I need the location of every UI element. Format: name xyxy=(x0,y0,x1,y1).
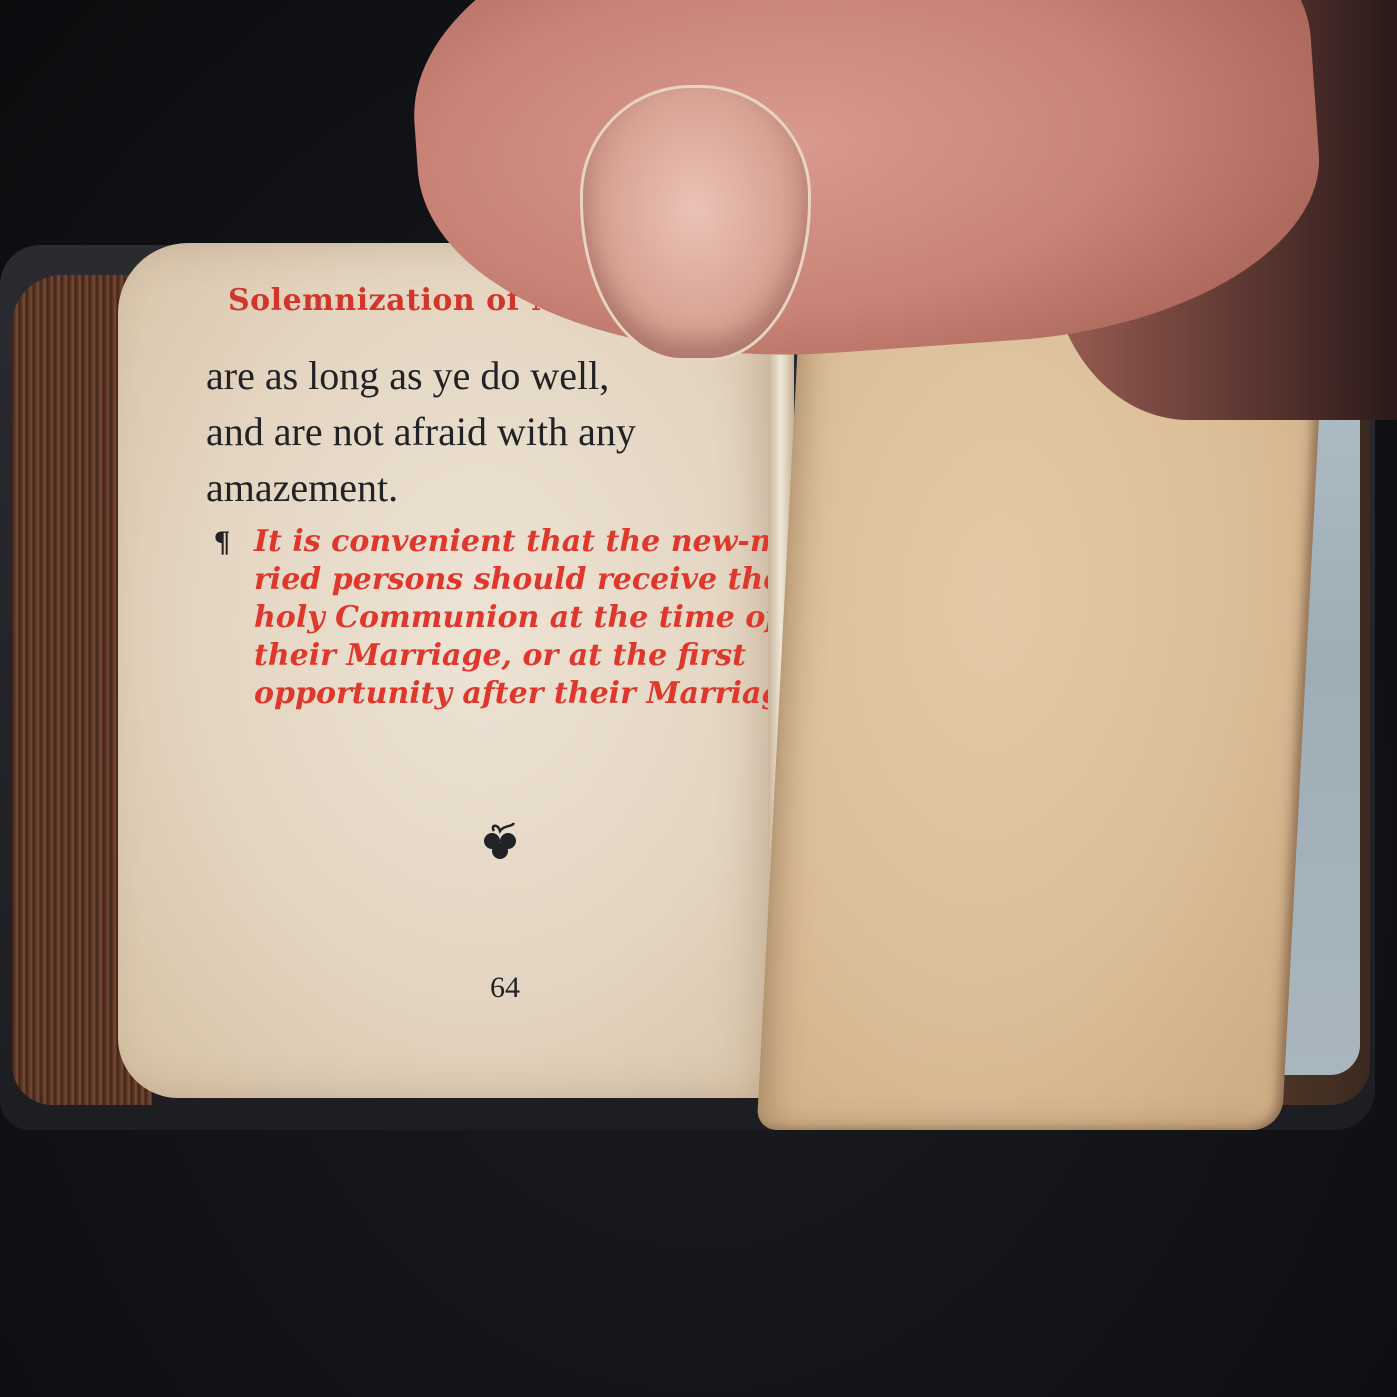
rubric-line: opportunity after their Marriage. xyxy=(216,675,746,713)
page-number: 64 xyxy=(490,971,520,1005)
photo-scene: Solemnization of Matri are as long as ye… xyxy=(0,0,1397,1397)
body-line: and are not afraid with any xyxy=(206,404,746,460)
left-page: Solemnization of Matri are as long as ye… xyxy=(118,243,778,1098)
rubric-line: ried persons should receive the xyxy=(216,561,746,599)
rubric-line: It is convenient that the new-mar- xyxy=(216,523,746,561)
rubric-text: It is convenient that the new-mar- ried … xyxy=(216,523,746,713)
thumb-nail xyxy=(580,85,811,361)
fleuron-icon xyxy=(480,821,520,865)
body-line: amazement. xyxy=(206,460,746,516)
body-text: are as long as ye do well, and are not a… xyxy=(206,348,746,516)
rubric-line: holy Communion at the time of xyxy=(216,599,746,637)
rubric-line: their Marriage, or at the first xyxy=(216,637,746,675)
